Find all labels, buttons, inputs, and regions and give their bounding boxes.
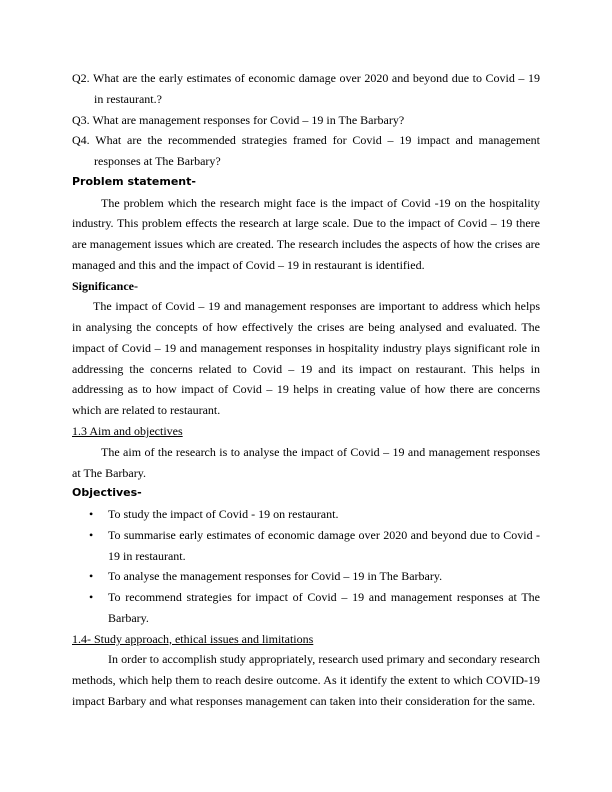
question-label: Q4.	[72, 133, 90, 147]
significance-body: The impact of Covid – 19 and management …	[72, 296, 540, 421]
study-approach-heading: 1.4- Study approach, ethical issues and …	[72, 629, 540, 650]
aim-body: The aim of the research is to analyse th…	[72, 442, 540, 484]
question-text: What are management responses for Covid …	[92, 113, 404, 127]
objectives-heading: Objectives-	[72, 483, 540, 504]
list-item-text: To study the impact of Covid - 19 on res…	[108, 507, 338, 521]
question-text: What are the early estimates of economic…	[93, 71, 540, 106]
objectives-list: •To study the impact of Covid - 19 on re…	[72, 504, 540, 629]
problem-statement-body: The problem which the research might fac…	[72, 193, 540, 276]
list-item: •To analyse the management responses for…	[72, 566, 540, 587]
document-page: Q2. What are the early estimates of econ…	[72, 68, 540, 712]
aim-objectives-heading: 1.3 Aim and objectives	[72, 421, 540, 442]
study-approach-body: In order to accomplish study appropriate…	[72, 649, 540, 711]
list-item-text: To recommend strategies for impact of Co…	[108, 590, 540, 625]
question-3: Q3. What are management responses for Co…	[72, 110, 540, 131]
bullet-icon: •	[89, 566, 93, 587]
list-item-text: To analyse the management responses for …	[108, 569, 442, 583]
question-text: What are the recommended strategies fram…	[94, 133, 540, 168]
bullet-icon: •	[89, 504, 93, 525]
question-2: Q2. What are the early estimates of econ…	[72, 68, 540, 110]
list-item: •To recommend strategies for impact of C…	[72, 587, 540, 629]
bullet-icon: •	[89, 587, 93, 608]
list-item-text: To summarise early estimates of economic…	[108, 528, 540, 563]
list-item: •To study the impact of Covid - 19 on re…	[72, 504, 540, 525]
question-label: Q2.	[72, 71, 90, 85]
list-item: •To summarise early estimates of economi…	[72, 525, 540, 567]
bullet-icon: •	[89, 525, 93, 546]
question-4: Q4. What are the recommended strategies …	[72, 130, 540, 172]
question-label: Q3.	[72, 113, 90, 127]
significance-heading: Significance-	[72, 276, 540, 297]
problem-statement-heading: Problem statement-	[72, 172, 540, 193]
